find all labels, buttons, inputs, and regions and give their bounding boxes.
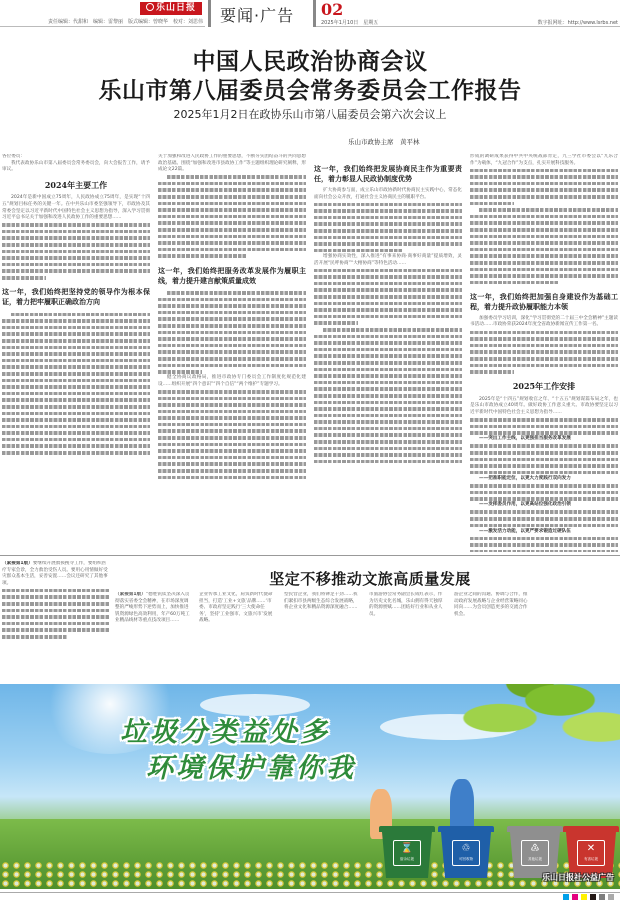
body-text-line [470,253,618,260]
body-text-line [158,342,306,349]
body-text-line [470,200,618,207]
body-text-line [2,311,150,318]
recycle-outline-icon: ♳ [522,843,548,855]
body-text-line [158,355,306,362]
article-column-2: 关于加强和改进人民政协工作的重要思想，不断夯实团结奋斗的共同思想政治基础。围绕“… [158,154,306,552]
bin-label-text: 厨余垃圾 [394,857,420,861]
footer-rule [0,892,620,893]
body-text-line [470,548,618,552]
body-text-line [158,207,306,214]
bin-lid [438,826,494,832]
body-text-line [158,349,306,356]
body-text-line [314,399,462,406]
body-text-line [314,425,462,432]
body-text-line [470,349,618,356]
article-2-column: 游企业之间的沟通、协调与合作，推动政府发展战略与企业经营策略同心同向……为会员创… [454,592,530,672]
body-text-line [2,318,150,325]
body-text-line [2,620,110,627]
staff-credits: 责任编辑：代甜和 编辑：雷黎丽 版式编辑：曾晓华 校对：刘思伟 [0,18,203,25]
body-text-line [158,402,306,409]
subheading: 这一年，我们始终把服务改革发展作为履职主线，着力提升建言献策质量成效 [158,266,306,286]
body-text-line [470,233,618,240]
cyan-mark [563,894,569,900]
body-text-line [158,415,306,422]
body-text-line [2,222,150,229]
bin-label: ⌛ 厨余垃圾 [393,840,421,866]
body-text-line [314,234,462,241]
section-heading: 2025年工作安排 [470,383,618,390]
body-text-line [470,213,618,220]
masthead-separator [313,0,316,27]
body-text-line [470,273,618,280]
body-text-line [158,200,306,207]
body-text-line [158,474,306,481]
body-text-line [2,634,110,641]
body-text-line [314,221,462,228]
body-text-line [314,320,462,327]
body-text-line [470,355,618,362]
body-text-line [470,362,618,369]
body-text-line [470,220,618,227]
body-text-line [314,406,462,413]
body-text-line [158,468,306,475]
bin-recyclable: ♲ 可回收物 [441,826,491,878]
body-text-line [470,180,618,187]
body-text-line [2,248,150,255]
bin-label: ✕ 有害垃圾 [577,840,605,866]
body-text-line [470,456,618,463]
body-text-line [314,419,462,426]
cross-icon: ✕ [578,843,604,855]
body-text-line [2,228,150,235]
article-2-column: 市旅游协会常务副会长成红表示，作为历史文化名城，乐山拥有得天独厚的资源禀赋……团… [369,592,445,672]
body-text-line [2,417,150,424]
byline: 乐山市政协主席 黄平林 [348,137,420,146]
work-item: ——激发活力动能，以更严要求锻造过硬队伍 [470,529,618,536]
body-text-line [314,313,462,320]
body-text-line [470,167,618,174]
paragraph: 加强委员学习培训，深化“学习贯彻党的二十届三中全会精神”主题读书活动……市政协荣… [470,316,618,329]
subheading: 这一年，我们始终把发展协商民主作为重要责任，着力彰显人民政协制度优势 [314,164,462,184]
opening-paragraph: 我代表政协乐山市第八届委员会常务委员会，向大会报告工作，请予审议。 [2,161,150,174]
body-text-line [158,395,306,402]
paragraph: 形成的调研成果获得中共中央统战部肯定，九三学社市委会以“九乐合作”为载体，“九冠… [470,154,618,167]
body-text-line [470,207,618,214]
ad-slogan-line-2: 环境保护靠你我 [146,746,356,785]
page-number: 02 [321,0,343,19]
body-text-line [314,247,462,254]
masthead-rule [316,26,620,27]
body-text-line [2,410,150,417]
body-text-line [314,228,462,235]
body-text-line [470,496,618,503]
body-text-line [158,187,306,194]
body-text-line [314,326,462,333]
section-heading: 2024年主要工作 [2,182,150,189]
body-text-line [314,280,462,287]
digital-edition-url[interactable]: 数字报网址：http://www.lsrbs.net [538,19,618,26]
work-item: ——突出工作主线，以更强担当服务改革发展 [470,436,618,443]
body-text-line [158,246,306,253]
body-text-line [470,542,618,549]
paragraph: 关于加强和改进人民政协工作的重要思想，不断夯实团结奋斗的共同思想政治基础。围绕“… [158,154,306,174]
body-text-line [158,296,306,303]
body-text-line [314,353,462,360]
body-text-line [470,535,618,542]
headline-line-1: 中国人民政治协商会议 [0,48,620,77]
body-text-line [2,377,150,384]
continued-story: （紧接第1版）要继续开展救援搜寻工作，要组织医疗专家会诊，全力救治受伤人员。要用… [2,561,110,671]
body-text-line [470,450,618,457]
body-text-line [314,274,462,281]
body-text-line [314,340,462,347]
bin-lid [507,826,563,832]
gray-mark [599,894,605,900]
masthead-rule [0,26,205,27]
body-text-line [470,240,618,247]
body-text-line [470,417,618,424]
body-text-line [470,483,618,490]
body-text-line [158,322,306,329]
body-text-line [314,208,462,215]
hourglass-icon: ⌛ [394,843,420,855]
light-gray-mark [608,894,614,900]
section-name: 要闻·广告 [220,3,305,26]
body-text-line [2,331,150,338]
body-text-line [2,627,110,634]
article-column-4: 形成的调研成果获得中共中央统战部肯定，九三学社市委会以“九乐合作”为载体，“九冠… [470,154,618,552]
article-2-column: 型民营企业，我们将铆足干劲……我们紧扣市县两级生态综合发展战略，将企业文化和精品… [284,592,360,672]
subheading: 这一年，我们始终把坚持党的领导作为根本保证，着力把牢履职正确政治方向 [2,287,150,307]
headline-subtitle: 2025年1月2日在政协乐山市第八届委员会第六次会议上 [0,108,620,122]
paragraph: 游企业之间的沟通、协调与合作，推动政府发展战略与企业经营策略同心同向……为会员创… [454,592,528,617]
body-text-line [158,213,306,220]
body-text-line [2,370,150,377]
body-text-line [470,430,618,437]
article-2-headline: 坚定不移推动文旅高质量发展 [120,568,620,589]
work-report-article: 各位委员： 我代表政协乐山市第八届委员会常务委员会，向大会报告工作，请予审议。 … [2,154,618,552]
bin-lid [563,826,619,832]
body-text-line [158,233,306,240]
body-text-line [158,388,306,395]
registration-marks [563,894,614,900]
body-text-line [314,452,462,459]
body-text-line [2,364,150,371]
bin-residual-waste: ♳ 其他垃圾 [510,826,560,878]
leaves-decoration [440,684,620,754]
body-text-line [158,461,306,468]
body-text-line [470,194,618,201]
ad-slogan-line-1: 垃圾分类益处多 [120,710,330,749]
bin-label-text: 有害垃圾 [578,857,604,861]
body-text-line [470,260,618,267]
body-text-line [470,443,618,450]
section-intro: 2025年是“十四五”规划收官之年、“十五五”规划谋篇布局之年，也是乐山市政协成… [470,397,618,417]
body-text-line [2,261,150,268]
body-text-line [158,253,306,260]
salutation: 各位委员： [2,154,150,161]
body-text-line [470,522,618,529]
body-text-line [470,187,618,194]
body-text-line [158,227,306,234]
body-text-line [158,454,306,461]
body-text-line [2,390,150,397]
body-text-line [2,275,150,282]
body-text-line [158,303,306,310]
body-text-line [314,294,462,301]
bin-hazardous-waste: ✕ 有害垃圾 [566,826,616,878]
body-text-line [2,235,150,242]
body-text-line [2,242,150,249]
bin-food-waste: ⌛ 厨余垃圾 [382,826,432,878]
body-text-line [2,601,110,608]
body-text-line [470,489,618,496]
subheading: 这一年，我们始终把加强自身建设作为基础工程，着力提升政协履职能力本领 [470,292,618,312]
body-text-line [2,594,110,601]
article-2-column: 企业传承工业文化，肩负新时代使命担当，打造‘工业+文旅’品牌……‘市委、市政府坚… [199,592,275,672]
body-text-line [158,448,306,455]
body-text-line [2,430,150,437]
body-text-line [158,316,306,323]
paragraph: 型民营企业，我们将铆足干劲……我们紧扣市县两级生态综合发展战略，将企业文化和精品… [284,592,358,610]
garbage-sorting-ad: 垃圾分类益处多 环境保护靠你我 ⌛ 厨余垃圾 ♲ 可回收物 ♳ 其他垃圾 [0,684,620,889]
bin-label-text: 其他垃圾 [522,857,548,861]
body-text-line [158,220,306,227]
body-text-line [2,423,150,430]
body-text-line [314,359,462,366]
body-text-line [314,366,462,373]
body-text-line [314,386,462,393]
body-text-line [2,614,110,621]
body-text-line [314,267,462,274]
body-text-line [470,227,618,234]
body-text-line [158,369,306,376]
paragraph: 增强协商实效性，深入推进“有事来协商·商事好商量”提质增效，灵活开展“民呼协商”… [314,254,462,267]
body-text-line [470,246,618,253]
bin-label: ♲ 可回收物 [452,840,480,866]
body-text-line [158,290,306,297]
headline-line-2: 乐山市第八届委员会常务委员会工作报告 [0,77,620,106]
article-2-body: （紧接第1版）“德胜钒钛坚决深入贯彻落实省委全会精神，在市场深度调整的严峻形势下… [115,592,620,672]
article-2-column: （紧接第1版）“德胜钒钛坚决深入贯彻落实省委全会精神，在市场深度调整的严峻形势下… [115,592,191,672]
masthead-left: 乐山日报 责任编辑：代甜和 编辑：雷黎丽 版式编辑：曾晓华 校对：刘思伟 [0,0,205,34]
body-text-line [314,392,462,399]
body-text-line [158,174,306,181]
body-text-line [2,443,150,450]
body-text-line [2,268,150,275]
body-text-line [2,450,150,457]
bin-label: ♳ 其他垃圾 [521,840,549,866]
body-text-line [470,279,618,286]
paragraph: 市旅游协会常务副会长成红表示，作为历史文化名城，乐山拥有得天独厚的资源禀赋……团… [369,592,443,617]
body-text-line [470,509,618,516]
body-text-line [470,516,618,523]
logo-text: 乐山日报 [156,3,196,13]
body-text-line [470,469,618,476]
yellow-mark [581,894,587,900]
issue-date: 2025年1月10日 星期五 [321,19,378,26]
section-divider [0,555,620,556]
body-text-line [314,333,462,340]
work-item: ——把准职能定位，以更大力度践行双向发力 [470,476,618,483]
body-text-line [2,324,150,331]
recycle-icon: ♲ [453,843,479,855]
body-text-line [158,309,306,316]
body-text-line [158,329,306,336]
work-item: ——发挥委员作用，以更高站位强化政治引领 [470,502,618,509]
black-mark [590,894,596,900]
article-column-3: 这一年，我们始终把发展协商民主作为重要责任，着力彰显人民政协制度优势 扩大协商参… [314,154,462,552]
body-text-line [158,362,306,369]
body-text-line [314,307,462,314]
body-text-line [158,240,306,247]
body-text-line [314,412,462,419]
body-text-line [470,369,618,376]
masthead: 乐山日报 责任编辑：代甜和 编辑：雷黎丽 版式编辑：曾晓华 校对：刘思伟 要闻·… [0,0,620,34]
body-text-line [314,241,462,248]
body-text-line [158,421,306,428]
body-text-line [2,607,110,614]
article-column-1: 各位委员： 我代表政协乐山市第八届委员会常务委员会，向大会报告工作，请予审议。 … [2,154,150,552]
body-text-line [2,403,150,410]
body-text-line [314,214,462,221]
body-text-line [314,300,462,307]
main-headline: 中国人民政治协商会议 乐山市第八届委员会常务委员会工作报告 2025年1月2日在… [0,48,620,122]
body-text-line [314,439,462,446]
body-text-line [470,266,618,273]
body-text-line [2,337,150,344]
body-text-line [314,201,462,208]
body-text-line [314,458,462,465]
body-text-line [470,174,618,181]
body-text-line [2,255,150,262]
body-text-line [314,379,462,386]
bin-lid [379,826,435,832]
body-text-line [158,441,306,448]
continued-label: （紧接第1版） [2,561,33,566]
body-text-line [2,351,150,358]
paragraph: 健全协商议政格局，推进市政协专门委员会工作制度化规范化建设……组织开展“四个意识… [158,375,306,388]
bin-label-text: 可回收物 [453,857,479,861]
paragraph: 企业传承工业文化，肩负新时代使命担当，打造‘工业+文旅’品牌……‘市委、市政府坚… [199,592,273,623]
body-text-line [2,436,150,443]
body-text-line [470,463,618,470]
body-text-line [470,342,618,349]
logo-swirl-icon [146,3,154,11]
body-text-line [158,408,306,415]
continued-label: （紧接第1版） [115,592,146,597]
body-text-line [314,432,462,439]
body-text-line [158,336,306,343]
body-text-line [314,346,462,353]
body-text-line [2,587,110,594]
body-text-line [314,287,462,294]
masthead-separator [208,0,211,27]
body-text-line [158,180,306,187]
body-text-line [158,194,306,201]
body-text-line [2,357,150,364]
magenta-mark [572,894,578,900]
body-text-line [2,397,150,404]
body-text-line [2,384,150,391]
body-text-line [470,336,618,343]
body-text-line [470,329,618,336]
section-intro: 2024年是新中国成立75周年，人民政协成立75周年，是实现“十四五”规划目标任… [2,195,150,221]
newspaper-logo: 乐山日报 [140,2,202,15]
body-text-line [470,423,618,430]
body-text-line [314,445,462,452]
body-text-line [158,435,306,442]
body-text-line [314,373,462,380]
ad-sponsor: 乐山日报社公益广告 [542,872,614,883]
body-text-line [2,344,150,351]
paragraph: 扩大协商参与面，成立乐山市政协新时代协商民主实践中心，常态化面向社会公众开放，打… [314,188,462,201]
body-text-line [158,428,306,435]
